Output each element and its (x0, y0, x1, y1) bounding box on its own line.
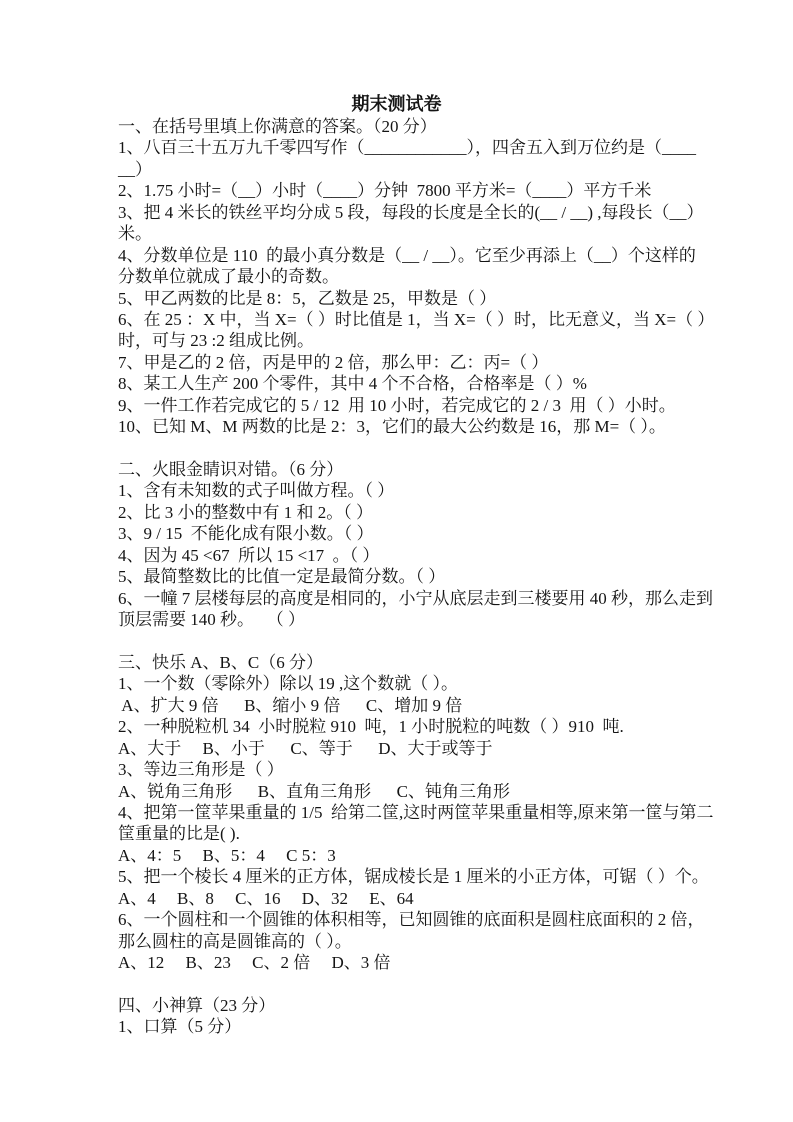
section-2-heading: 二、火眼金睛识对错。（6 分） (118, 459, 718, 480)
question-line: 2、一种脱粒机 34 小时脱粒 910 吨，1 小时脱粒的吨数（ ）910 吨. (118, 716, 718, 737)
question-line: 3、等边三角形是（ ） (118, 759, 718, 780)
document-title: 期末测试卷 (0, 92, 793, 116)
question-line: 4、分数单位是 110 的最小真分数是（__ / __）。它至少再添上（__）个… (118, 245, 718, 266)
question-line: 6、在 25 ：X 中，当 X=（ ）时比值是 1，当 X=（ ）时，比无意义，… (118, 309, 718, 330)
choice-line: A、4：5 B、5：4 C 5：3 (118, 845, 718, 866)
question-line: 1、含有未知数的式子叫做方程。（ ） (118, 480, 718, 501)
choice-line: A、大于 B、小于 C、等于 D、大于或等于 (118, 738, 718, 759)
question-line: 6、一幢 7 层楼每层的高度是相同的，小宁从底层走到三楼要用 40 秒，那么走到 (118, 588, 718, 609)
question-line: 5、最简整数比的比值一定是最简分数。（ ） (118, 566, 718, 587)
question-line: 2、比 3 小的整数中有 1 和 2。（ ） (118, 502, 718, 523)
question-line: 4、把第一筐苹果重量的 1/5 给第二筐,这时两筐苹果重量相等,原来第一筐与第二 (118, 802, 718, 823)
question-line: 5、把一个棱长 4 厘米的正方体，锯成棱长是 1 厘米的小正方体，可锯（ ）个。 (118, 866, 718, 887)
section-3-heading: 三、快乐 A、B、C（6 分） (118, 652, 718, 673)
question-line: 1、口算（5 分） (118, 1016, 718, 1037)
section-4-heading: 四、小神算（23 分） (118, 995, 718, 1016)
question-line: 10、已知 M、M 两数的比是 2：3，它们的最大公约数是 16，那 M=（ ）… (118, 416, 718, 437)
question-line: 1、一个数（零除外）除以 19 ,这个数就（ ）。 (118, 673, 718, 694)
question-line: 分数单位就成了最小的奇数。 (118, 266, 718, 287)
question-line: 时，可与 23 :2 组成比例。 (118, 330, 718, 351)
question-line: 筐重量的比是( ). (118, 823, 718, 844)
choice-line: A、扩大 9 倍 B、缩小 9 倍 C、增加 9 倍 (118, 695, 718, 716)
question-line: __） (118, 159, 718, 180)
section-separator (118, 974, 718, 995)
question-line: 2、1.75 小时=（__）小时（____）分钟 7800 平方米=（____）… (118, 180, 718, 201)
question-line: 那么圆柱的高是圆锥高的（ ）。 (118, 931, 718, 952)
choice-line: A、12 B、23 C、2 倍 D、3 倍 (118, 952, 718, 973)
question-line: 4、因为 45 <67 所以 15 <17 。（ ） (118, 545, 718, 566)
question-line: 米。 (118, 223, 718, 244)
question-line: 3、9 / 15 不能化成有限小数。（ ） (118, 523, 718, 544)
question-line: 7、甲是乙的 2 倍，丙是甲的 2 倍，那么甲：乙：丙=（ ） (118, 352, 718, 373)
section-1-heading: 一、在括号里填上你满意的答案。（20 分） (118, 116, 718, 137)
document-body: 一、在括号里填上你满意的答案。（20 分） 1、八百三十五万九千零四写作（___… (118, 116, 718, 1038)
question-line: 3、把 4 米长的铁丝平均分成 5 段，每段的长度是全长的(__ / __) ,… (118, 202, 718, 223)
question-line: 5、甲乙两数的比是 8：5，乙数是 25，甲数是（ ） (118, 288, 718, 309)
question-line: 1、八百三十五万九千零四写作（____________），四舍五入到万位约是（_… (118, 137, 718, 158)
section-separator (118, 631, 718, 652)
section-separator (118, 438, 718, 459)
document-page: 期末测试卷 一、在括号里填上你满意的答案。（20 分） 1、八百三十五万九千零四… (0, 0, 793, 1122)
question-line: 8、某工人生产 200 个零件，其中 4 个不合格，合格率是（ ）% (118, 373, 718, 394)
question-line: 顶层需要 140 秒。 （ ） (118, 609, 718, 630)
question-line: 9、一件工作若完成它的 5 / 12 用 10 小时，若完成它的 2 / 3 用… (118, 395, 718, 416)
choice-line: A、4 B、8 C、16 D、32 E、64 (118, 888, 718, 909)
question-line: 6、一个圆柱和一个圆锥的体积相等，已知圆锥的底面积是圆柱底面积的 2 倍， (118, 909, 718, 930)
choice-line: A、锐角三角形 B、直角三角形 C、钝角三角形 (118, 781, 718, 802)
